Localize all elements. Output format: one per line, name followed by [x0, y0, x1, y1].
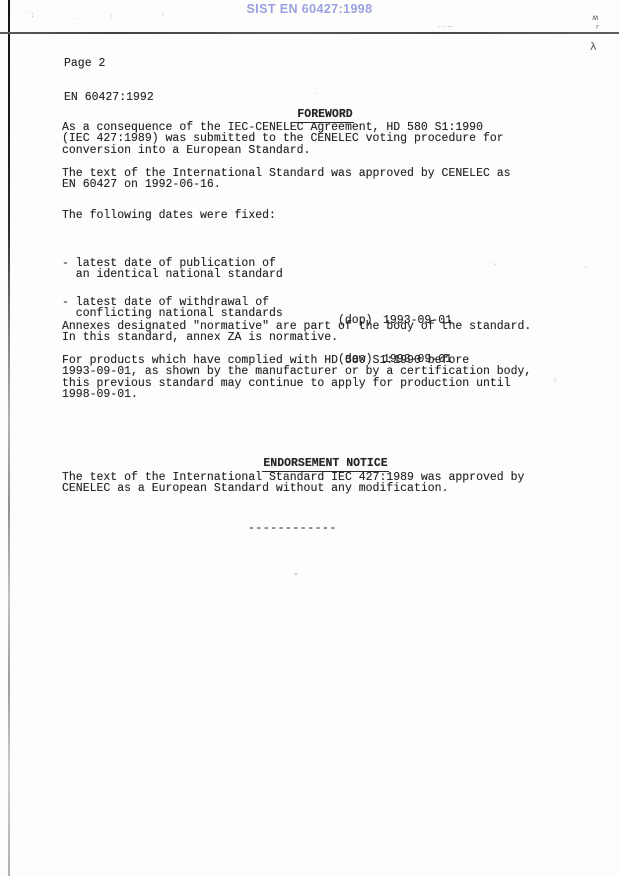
- paragraph-agreement: As a consequence of the IEC-CENELEC Agre…: [62, 122, 504, 156]
- scan-artifact: ·: [36, 150, 38, 157]
- separator-dashes: ------------: [248, 523, 337, 534]
- endorsement-paragraph: The text of the International Standard I…: [62, 472, 524, 495]
- standard-reference: EN 60427:1992: [64, 92, 154, 103]
- scan-artifact: r: [596, 23, 599, 31]
- paragraph-transition: For products which have complied with HD…: [62, 355, 531, 401]
- dates-intro: The following dates were fixed:: [62, 210, 276, 221]
- scan-artifact: ·: [76, 15, 78, 23]
- scan-artifact: ·: [228, 657, 230, 664]
- header-rule: [0, 32, 619, 34]
- paragraph-approval: The text of the International Standard w…: [62, 168, 511, 191]
- scan-artifact: ·: [438, 603, 440, 610]
- scan-artifact: ·.: [492, 259, 496, 267]
- watermark-text: SIST EN 60427:1998: [0, 2, 619, 16]
- scan-artifact: -·:·~: [438, 23, 453, 31]
- paragraph-annexes: Annexes designated "normative" are part …: [62, 321, 531, 344]
- scan-artifact: ·): [552, 377, 556, 384]
- page-number: Page 2: [64, 58, 154, 69]
- page-header: Page 2 EN 60427:1992: [64, 35, 154, 126]
- scan-artifact: ˑ·: [584, 264, 589, 272]
- document-page: SIST EN 60427:1998 Page 2 EN 60427:1992 …: [0, 0, 619, 876]
- left-border-line: [8, 0, 10, 876]
- scan-artifact: »: [294, 571, 298, 578]
- dow-description: - latest date of withdrawal of conflicti…: [62, 297, 283, 320]
- endorsement-title: ENDORSEMENT NOTICE: [262, 458, 388, 472]
- scan-artifact: λ: [590, 40, 597, 53]
- scan-artifact: ·: [520, 742, 522, 749]
